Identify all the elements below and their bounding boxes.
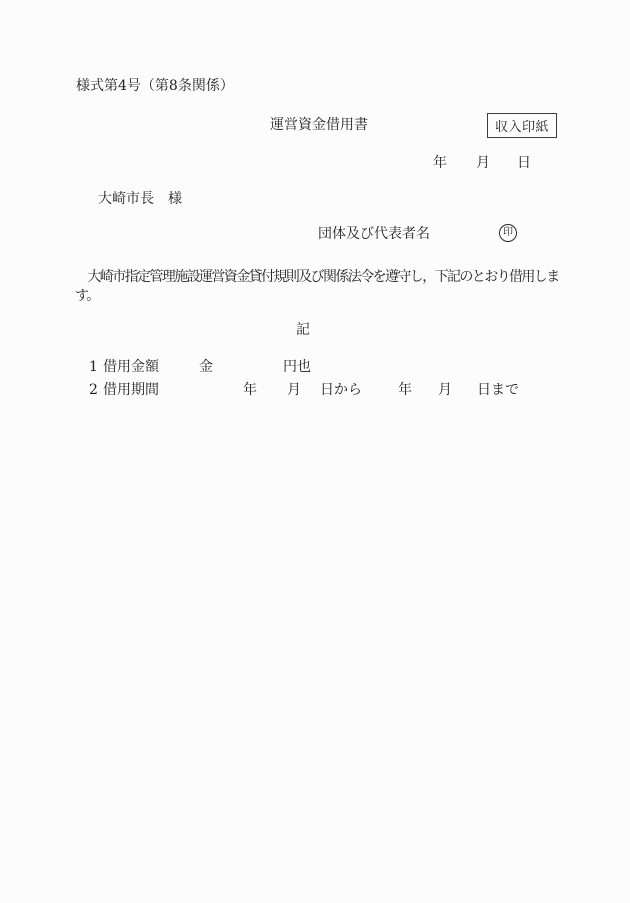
seal-char: 印: [503, 228, 513, 238]
period-to-day-label: 日まで: [477, 382, 519, 398]
item2-number: 2: [89, 382, 98, 398]
period-to-year-label: 年: [398, 382, 412, 398]
item1-number: 1: [89, 359, 98, 375]
item1-amount-suffix: 円也: [283, 359, 311, 375]
item1-label: 借用金額: [103, 359, 159, 375]
item1-amount-prefix: 金: [199, 359, 213, 375]
form-number-label: 様式第4号（第8条関係）: [76, 78, 234, 94]
body-line-1: 大崎市指定管理施設運営資金貸付規則及び関係法令を遵守し，下記のとおり借用しま: [75, 269, 559, 285]
date-month-label: 月: [476, 155, 490, 171]
addressee-label: 大崎市長 様: [98, 191, 182, 207]
date-day-label: 日: [517, 155, 531, 171]
item2-label: 借用期間: [103, 382, 159, 398]
period-from-month-label: 月: [287, 382, 301, 398]
document-title: 運営資金借用書: [270, 117, 368, 133]
revenue-stamp-box: 収入印紙: [487, 113, 557, 138]
period-from-year-label: 年: [243, 382, 257, 398]
body-line-2: す。: [75, 288, 99, 304]
revenue-stamp-label: 収入印紙: [495, 116, 549, 135]
org-representative-label: 団体及び代表者名: [318, 226, 430, 242]
document-page: 様式第4号（第8条関係） 運営資金借用書 収入印紙 年 月 日 大崎市長 様 団…: [0, 0, 630, 903]
period-to-month-label: 月: [438, 382, 452, 398]
seal-icon: 印: [499, 224, 517, 242]
date-year-label: 年: [433, 155, 447, 171]
period-from-day-label: 日から: [320, 382, 362, 398]
record-heading: 記: [296, 322, 310, 338]
